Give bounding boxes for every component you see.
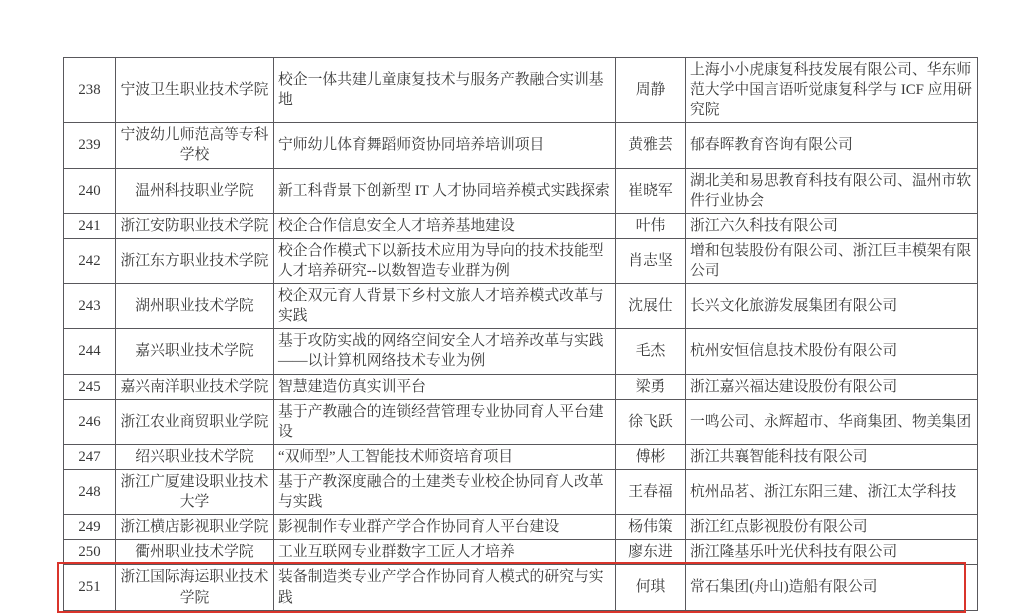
cell-serial-number: 240 <box>64 168 116 213</box>
cell-partner-companies: 湖北美和易思教育科技有限公司、温州市软件行业协会 <box>686 168 978 213</box>
cell-partner-companies: 一鸣公司、永辉超市、华商集团、物美集团 <box>686 399 978 444</box>
cell-serial-number: 241 <box>64 213 116 238</box>
cell-partner-companies: 浙江共襄智能科技有限公司 <box>686 444 978 469</box>
cell-project-title: 校企一体共建儿童康复技术与服务产教融合实训基地 <box>274 58 616 123</box>
cell-leader-name: 杨伟策 <box>616 515 686 540</box>
cell-leader-name: 何琪 <box>616 565 686 610</box>
cell-project-title: 校企合作信息安全人才培养基地建设 <box>274 213 616 238</box>
cell-project-title: 基于攻防实战的网络空间安全人才培养改革与实践——以计算机网络技术专业为例 <box>274 329 616 374</box>
table-row: 247 绍兴职业技术学院 “双师型”人工智能技术师资培育项目 傅彬 浙江共襄智能… <box>64 444 978 469</box>
table-row: 238 宁波卫生职业技术学院 校企一体共建儿童康复技术与服务产教融合实训基地 周… <box>64 58 978 123</box>
cell-serial-number: 246 <box>64 399 116 444</box>
cell-project-title: 智慧建造仿真实训平台 <box>274 374 616 399</box>
cell-serial-number: 247 <box>64 444 116 469</box>
cell-institution: 浙江农业商贸职业学院 <box>116 399 274 444</box>
cell-institution: 宁波幼儿师范高等专科学校 <box>116 123 274 168</box>
cell-institution: 浙江东方职业技术学院 <box>116 238 274 283</box>
cell-leader-name: 崔晓军 <box>616 168 686 213</box>
cell-institution: 宁波卫生职业技术学院 <box>116 58 274 123</box>
cell-project-title: 装备制造类专业产学合作协同育人模式的研究与实践 <box>274 565 616 610</box>
cell-project-title: “双师型”人工智能技术师资培育项目 <box>274 444 616 469</box>
cell-project-title: 基于产教融合的连锁经营管理专业协同育人平台建设 <box>274 399 616 444</box>
projects-table: 238 宁波卫生职业技术学院 校企一体共建儿童康复技术与服务产教融合实训基地 周… <box>63 57 978 611</box>
cell-leader-name: 叶伟 <box>616 213 686 238</box>
cell-partner-companies: 浙江嘉兴福达建设股份有限公司 <box>686 374 978 399</box>
cell-partner-companies: 增和包装股份有限公司、浙江巨丰模架有限公司 <box>686 238 978 283</box>
cell-serial-number: 249 <box>64 515 116 540</box>
table-row: 251 浙江国际海运职业技术学院 装备制造类专业产学合作协同育人模式的研究与实践… <box>64 565 978 610</box>
table-row: 240 温州科技职业学院 新工科背景下创新型 IT 人才协同培养模式实践探索 崔… <box>64 168 978 213</box>
cell-institution: 温州科技职业学院 <box>116 168 274 213</box>
table-body: 238 宁波卫生职业技术学院 校企一体共建儿童康复技术与服务产教融合实训基地 周… <box>64 58 978 611</box>
cell-serial-number: 238 <box>64 58 116 123</box>
cell-institution: 浙江广厦建设职业技术大学 <box>116 469 274 514</box>
cell-serial-number: 239 <box>64 123 116 168</box>
cell-project-title: 工业互联网专业群数字工匠人才培养 <box>274 540 616 565</box>
document-page: 238 宁波卫生职业技术学院 校企一体共建儿童康复技术与服务产教融合实训基地 周… <box>0 0 1024 615</box>
cell-institution: 嘉兴职业技术学院 <box>116 329 274 374</box>
table-row: 244 嘉兴职业技术学院 基于攻防实战的网络空间安全人才培养改革与实践——以计算… <box>64 329 978 374</box>
cell-institution: 浙江横店影视职业学院 <box>116 515 274 540</box>
table-row: 245 嘉兴南洋职业技术学院 智慧建造仿真实训平台 梁勇 浙江嘉兴福达建设股份有… <box>64 374 978 399</box>
table-row: 248 浙江广厦建设职业技术大学 基于产教深度融合的土建类专业校企协同育人改革与… <box>64 469 978 514</box>
cell-leader-name: 沈展仕 <box>616 284 686 329</box>
cell-serial-number: 244 <box>64 329 116 374</box>
cell-serial-number: 242 <box>64 238 116 283</box>
cell-institution: 嘉兴南洋职业技术学院 <box>116 374 274 399</box>
cell-institution: 绍兴职业技术学院 <box>116 444 274 469</box>
cell-partner-companies: 杭州品茗、浙江东阳三建、浙江太学科技 <box>686 469 978 514</box>
cell-partner-companies: 长兴文化旅游发展集团有限公司 <box>686 284 978 329</box>
cell-project-title: 校企双元育人背景下乡村文旅人才培养模式改革与实践 <box>274 284 616 329</box>
cell-project-title: 影视制作专业群产学合作协同育人平台建设 <box>274 515 616 540</box>
table-row: 250 衢州职业技术学院 工业互联网专业群数字工匠人才培养 廖东进 浙江隆基乐叶… <box>64 540 978 565</box>
table-row: 242 浙江东方职业技术学院 校企合作模式下以新技术应用为导向的技术技能型人才培… <box>64 238 978 283</box>
cell-partner-companies: 上海小小虎康复科技发展有限公司、华东师范大学中国言语听觉康复科学与 ICF 应用… <box>686 58 978 123</box>
cell-leader-name: 肖志坚 <box>616 238 686 283</box>
cell-serial-number: 250 <box>64 540 116 565</box>
table-row: 246 浙江农业商贸职业学院 基于产教融合的连锁经营管理专业协同育人平台建设 徐… <box>64 399 978 444</box>
cell-project-title: 基于产教深度融合的土建类专业校企协同育人改革与实践 <box>274 469 616 514</box>
table-row: 243 湖州职业技术学院 校企双元育人背景下乡村文旅人才培养模式改革与实践 沈展… <box>64 284 978 329</box>
cell-institution: 浙江国际海运职业技术学院 <box>116 565 274 610</box>
cell-partner-companies: 浙江红点影视股份有限公司 <box>686 515 978 540</box>
cell-leader-name: 傅彬 <box>616 444 686 469</box>
cell-partner-companies: 常石集团(舟山)造船有限公司 <box>686 565 978 610</box>
table-row: 239 宁波幼儿师范高等专科学校 宁师幼儿体育舞蹈师资协同培养培训项目 黄雅芸 … <box>64 123 978 168</box>
cell-partner-companies: 杭州安恒信息技术股份有限公司 <box>686 329 978 374</box>
cell-leader-name: 廖东进 <box>616 540 686 565</box>
cell-institution: 浙江安防职业技术学院 <box>116 213 274 238</box>
cell-leader-name: 梁勇 <box>616 374 686 399</box>
cell-leader-name: 黄雅芸 <box>616 123 686 168</box>
table-container: 238 宁波卫生职业技术学院 校企一体共建儿童康复技术与服务产教融合实训基地 周… <box>63 57 978 611</box>
cell-project-title: 校企合作模式下以新技术应用为导向的技术技能型人才培养研究--以数智造专业群为例 <box>274 238 616 283</box>
cell-partner-companies: 浙江六久科技有限公司 <box>686 213 978 238</box>
cell-partner-companies: 郁春晖教育咨询有限公司 <box>686 123 978 168</box>
cell-serial-number: 248 <box>64 469 116 514</box>
table-row: 249 浙江横店影视职业学院 影视制作专业群产学合作协同育人平台建设 杨伟策 浙… <box>64 515 978 540</box>
cell-serial-number: 251 <box>64 565 116 610</box>
cell-project-title: 新工科背景下创新型 IT 人才协同培养模式实践探索 <box>274 168 616 213</box>
cell-serial-number: 245 <box>64 374 116 399</box>
cell-partner-companies: 浙江隆基乐叶光伏科技有限公司 <box>686 540 978 565</box>
cell-leader-name: 周静 <box>616 58 686 123</box>
cell-leader-name: 徐飞跃 <box>616 399 686 444</box>
cell-leader-name: 毛杰 <box>616 329 686 374</box>
cell-project-title: 宁师幼儿体育舞蹈师资协同培养培训项目 <box>274 123 616 168</box>
table-row: 241 浙江安防职业技术学院 校企合作信息安全人才培养基地建设 叶伟 浙江六久科… <box>64 213 978 238</box>
cell-serial-number: 243 <box>64 284 116 329</box>
cell-institution: 衢州职业技术学院 <box>116 540 274 565</box>
cell-institution: 湖州职业技术学院 <box>116 284 274 329</box>
cell-leader-name: 王春福 <box>616 469 686 514</box>
